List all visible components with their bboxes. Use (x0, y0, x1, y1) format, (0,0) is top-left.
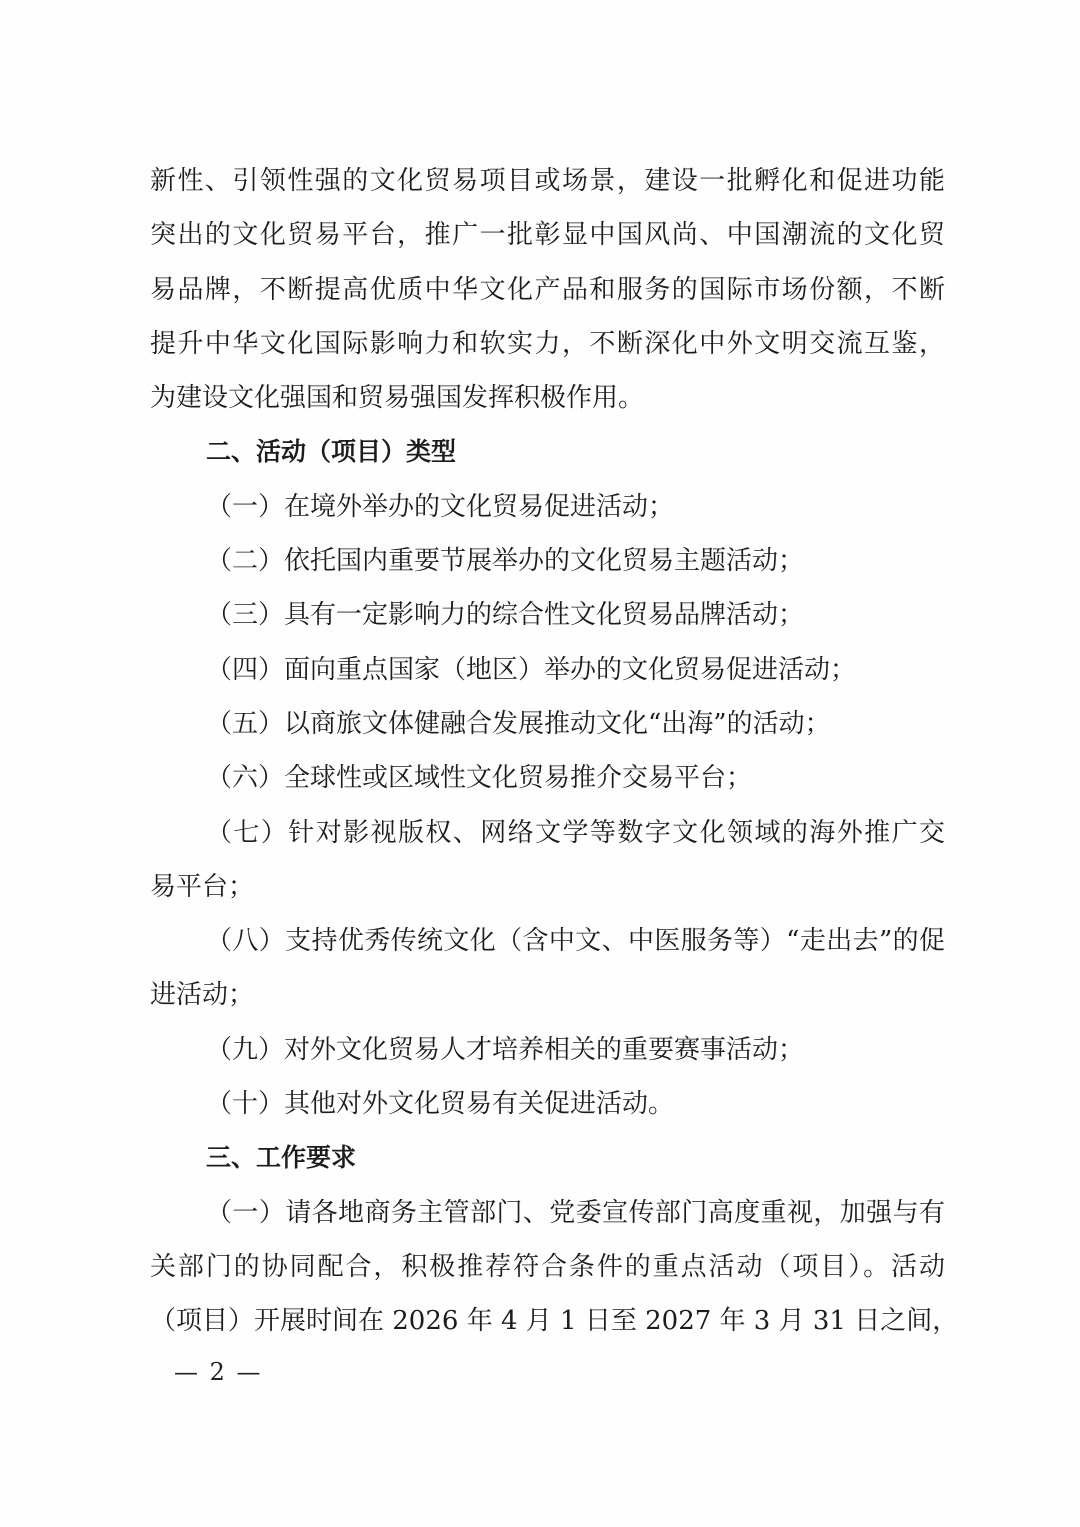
list-item: （九）对外文化贸易人才培养相关的重要赛事活动； (150, 1023, 945, 1077)
list-item: （十）其他对外文化贸易有关促进活动。 (150, 1077, 945, 1131)
body-text-line: （项目）开展时间在 2026 年 4 月 1 日至 2027 年 3 月 31 … (150, 1294, 945, 1348)
page-number: — 2 — (174, 1356, 261, 1388)
document-page: 新性、引领性强的文化贸易项目或场景，建设一批孵化和促进功能 突出的文化贸易平台，… (0, 0, 1080, 1527)
list-item: （一）在境外举办的文化贸易促进活动； (150, 480, 945, 534)
list-item: （二）依托国内重要节展举办的文化贸易主题活动； (150, 534, 945, 588)
body-text-line: 关部门的协同配合，积极推荐符合条件的重点活动（项目）。活动 (150, 1240, 945, 1294)
body-text-line: 易品牌，不断提高优质中华文化产品和服务的国际市场份额，不断 (150, 263, 945, 317)
section-heading-activity-types: 二、活动（项目）类型 (150, 425, 945, 479)
list-item: （五）以商旅文体健融合发展推动文化“出海”的活动； (150, 697, 945, 751)
list-item: （七）针对影视版权、网络文学等数字文化领域的海外推广交 (150, 806, 945, 860)
body-text-line: 突出的文化贸易平台，推广一批彰显中国风尚、中国潮流的文化贸 (150, 208, 945, 262)
body-text-line: 提升中华文化国际影响力和软实力，不断深化中外文明交流互鉴， (150, 317, 945, 371)
list-item: （三）具有一定影响力的综合性文化贸易品牌活动； (150, 588, 945, 642)
list-item: （八）支持优秀传统文化（含中文、中医服务等）“走出去”的促 (150, 914, 945, 968)
list-item-continuation: 易平台； (150, 860, 945, 914)
body-text-line: （一）请各地商务主管部门、党委宣传部门高度重视，加强与有 (150, 1186, 945, 1240)
list-item-continuation: 进活动； (150, 968, 945, 1022)
list-item: （六）全球性或区域性文化贸易推介交易平台； (150, 751, 945, 805)
body-text-line: 为建设文化强国和贸易强国发挥积极作用。 (150, 371, 945, 425)
list-item: （四）面向重点国家（地区）举办的文化贸易促进活动； (150, 643, 945, 697)
section-heading-work-requirements: 三、工作要求 (150, 1131, 945, 1185)
body-text-line: 新性、引领性强的文化贸易项目或场景，建设一批孵化和促进功能 (150, 154, 945, 208)
document-body: 新性、引领性强的文化贸易项目或场景，建设一批孵化和促进功能 突出的文化贸易平台，… (150, 154, 945, 1349)
